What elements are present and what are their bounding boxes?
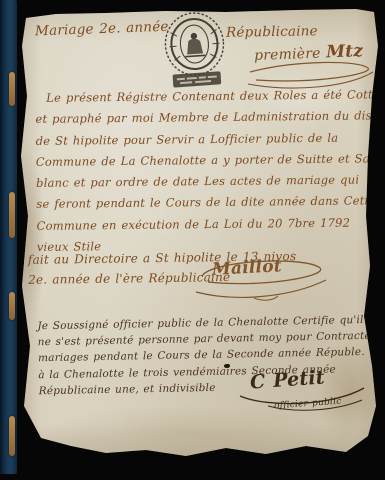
certificate-paragraph: Je Soussigné officier public de la Chena… <box>37 312 377 399</box>
header-annotation: première Mtz <box>254 41 364 65</box>
book-binding-spine <box>0 0 17 474</box>
binding-stitch <box>9 72 15 106</box>
registre-paragraph: Le présent Régistre Contenant deux Roles… <box>35 84 385 258</box>
signature-petit-title: officier public <box>274 397 342 412</box>
binding-stitch <box>9 192 15 238</box>
manuscript-page: Mariage 2e. année Républicaine première … <box>16 6 382 466</box>
header-annotation-word: première <box>254 46 321 64</box>
document-scan: Mariage 2e. année Républicaine première … <box>0 0 385 480</box>
revenue-stamp-icon <box>155 9 235 96</box>
signature-maillot: Maillot <box>212 256 283 280</box>
header-title-right: Républicaine <box>226 23 318 41</box>
header-paraph: Mtz <box>326 41 364 62</box>
paper-stain <box>56 406 316 456</box>
binding-stitch <box>9 292 15 320</box>
binding-stitch <box>9 416 15 456</box>
header-title-left: Mariage 2e. année <box>35 19 169 40</box>
